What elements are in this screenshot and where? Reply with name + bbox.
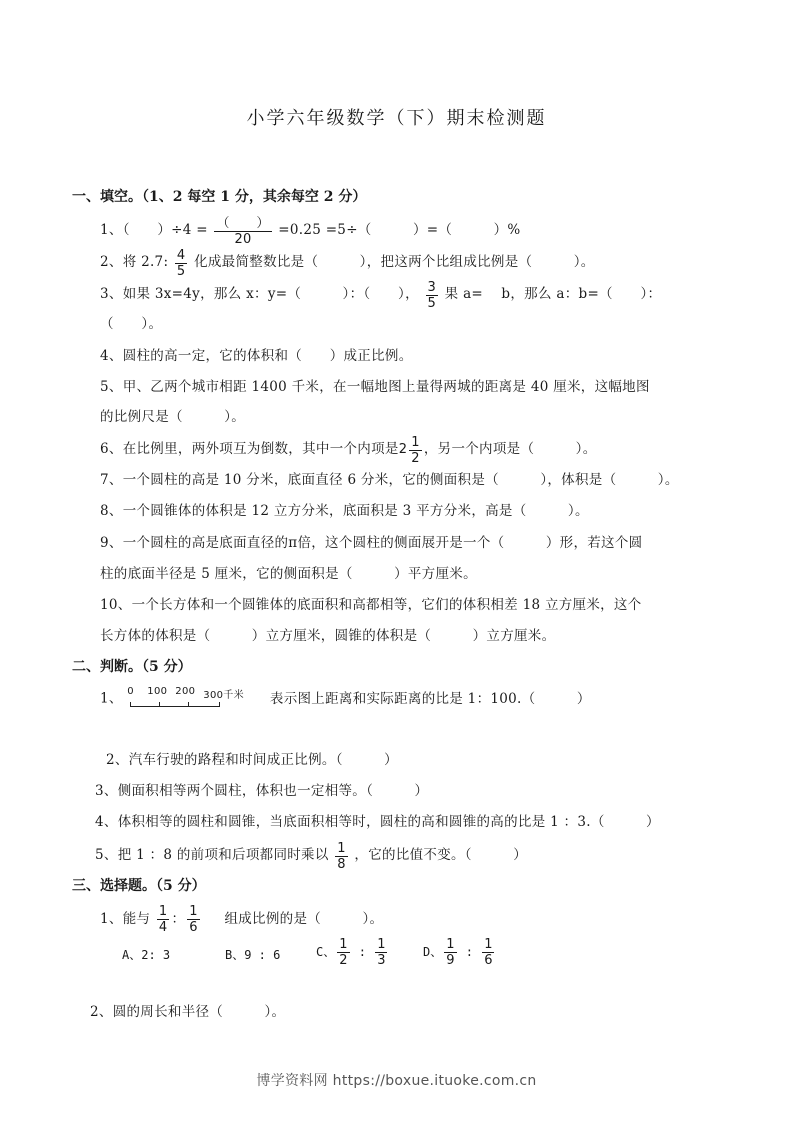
option-c[interactable]: C、12 : 13 <box>316 937 389 968</box>
question-1-2: 2、将 2.7: 4 5 化成最简整数比是（ ），把这两个比组成比例是（ ）。 <box>100 250 595 279</box>
option-c-label: C、 <box>316 945 335 959</box>
section-2-heading: 二、判断。（5 分） <box>72 656 192 676</box>
q1-6-text-b: ，另一个内项是（ ）。 <box>424 441 597 457</box>
question-2-4: 4、体积相等的圆柱和圆锥，当底面积相等时，圆柱的高和圆锥的高的比是 1 ：3.（… <box>95 810 660 830</box>
fraction-1-8: 1 8 <box>335 841 348 872</box>
question-1-3: 3、如果 3x=4y，那么 x：y=（ ）：（ ）， 3 5 果 a= b，那么… <box>100 282 661 311</box>
option-b[interactable]: B、9 : 6 <box>225 946 280 963</box>
q1-3-text-a: 3、如果 3x=4y，那么 x：y=（ ）：（ ）， <box>100 286 419 302</box>
fraction-1-6: 1 6 <box>187 904 200 935</box>
scale-label-300km: 300千米 <box>203 686 244 701</box>
fraction-1-3: 13 <box>375 937 387 968</box>
scale-label-0: 0 <box>127 686 134 697</box>
q1-1-text-a: 1、（ ）÷4 = <box>100 222 208 238</box>
question-2-3: 3、侧面积相等两个圆柱，体积也一定相等。（ ） <box>95 779 428 799</box>
fraction-1-2: 12 <box>337 937 349 968</box>
q2-1-text: 表示图上距离和实际距离的比是 1：100.（ ） <box>270 691 591 707</box>
fraction-1-9: 19 <box>444 937 456 968</box>
q2-5-text-a: 5、把 1 ：8 的前项和后项都同时乘以 <box>95 847 329 863</box>
fraction-1-6: 16 <box>482 937 494 968</box>
question-1-10-line1: 10、一个长方体和一个圆锥体的底面积和高都相等，它们的体积相差 18 立方厘米，… <box>100 593 642 613</box>
question-1-6: 6、在比例里，两外项互为倒数，其中一个内项是2 1 2 ，另一个内项是（ ）。 <box>100 437 597 466</box>
option-a[interactable]: A、2: 3 <box>122 946 170 963</box>
footer-watermark: 博学资料网 https://boxue.ituoke.com.cn <box>0 1070 793 1090</box>
section-3-heading: 三、选择题。（5 分） <box>72 875 206 895</box>
q1-6-text-a: 6、在比例里，两外项互为倒数，其中一个内项是 <box>100 441 399 457</box>
fraction-1-2: 1 2 <box>409 435 422 466</box>
question-2-5: 5、把 1 ：8 的前项和后项都同时乘以 1 8 ，它的比值不变。（ ） <box>95 843 527 872</box>
q1-2-text-a: 2、将 2.7: <box>100 254 168 270</box>
fraction-3-5: 3 5 <box>426 280 439 311</box>
q1-1-text-b: =0.25 =5÷（ ）=（ ）% <box>278 222 520 238</box>
question-2-2: 2、汽车行驶的路程和时间成正比例。（ ） <box>106 748 398 768</box>
question-1-3-line2: （ ）。 <box>100 312 162 332</box>
question-1-5-line2: 的比例尺是（ ）。 <box>100 405 245 425</box>
question-1-7: 7、一个圆柱的高是 10 分米，底面直径 6 分米，它的侧面积是（ ），体积是（… <box>100 468 679 488</box>
question-1-1: 1、（ ）÷4 = （ ） 20 =0.25 =5÷（ ）=（ ）% <box>100 218 521 247</box>
question-2-1: 1、 0 100 200 300千米 表示图上距离和实际距离的比是 1：100.… <box>100 686 591 712</box>
question-1-4: 4、圆柱的高一定，它的体积和（ ）成正比例。 <box>100 344 413 364</box>
q2-1-number: 1、 <box>100 691 123 707</box>
q3-1-text-b: 组成比例的是（ ）。 <box>224 911 383 927</box>
question-1-8: 8、一个圆锥体的体积是 12 立方分米，底面积是 3 平方分米，高是（ ）。 <box>100 499 589 519</box>
question-3-1: 1、能与 1 4 ： 1 6 组成比例的是（ ）。 <box>100 904 383 935</box>
fraction-4-5: 4 5 <box>175 248 188 279</box>
ratio-colon: ： <box>171 911 185 927</box>
option-d-label: D、 <box>423 945 442 959</box>
scale-tick <box>188 702 189 706</box>
q1-3-text-b: 果 a= b，那么 a：b=（ ）： <box>445 286 662 302</box>
scale-label-100: 100 <box>147 686 167 697</box>
scale-label-200: 200 <box>175 686 195 697</box>
question-1-5-line1: 5、甲、乙两个城市相距 1400 千米，在一幅地图上量得两城的距离是 40 厘米… <box>100 375 650 395</box>
section-1-heading: 一、填空。（1、2 每空 1 分，其余每空 2 分） <box>72 186 366 206</box>
option-d[interactable]: D、19 : 16 <box>423 937 496 968</box>
mixed-number-whole: 2 <box>399 442 408 457</box>
scale-tick <box>159 702 160 706</box>
scale-bar-diagram: 0 100 200 300千米 <box>127 686 247 712</box>
fraction-blank-over-20: （ ） 20 <box>214 216 271 247</box>
question-3-2: 2、圆的周长和半径（ ）。 <box>90 1000 285 1020</box>
question-1-10-line2: 长方体的体积是（ ）立方厘米，圆锥的体积是（ ）立方厘米。 <box>100 624 555 644</box>
q1-2-text-b: 化成最简整数比是（ ），把这两个比组成比例是（ ）。 <box>194 254 595 270</box>
q3-1-text-a: 1、能与 <box>100 911 150 927</box>
q2-5-text-b: ，它的比值不变。（ ） <box>354 847 527 863</box>
fraction-1-4: 1 4 <box>157 904 170 935</box>
question-1-9-line2: 柱的底面半径是 5 厘米，它的侧面积是（ ）平方厘米。 <box>100 562 477 582</box>
scale-bar-line <box>130 702 220 707</box>
question-1-9-line1: 9、一个圆柱的高是底面直径的π倍，这个圆柱的侧面展开是一个（ ）形，若这个圆 <box>100 531 642 551</box>
page-title: 小学六年级数学（下）期末检测题 <box>0 104 793 130</box>
